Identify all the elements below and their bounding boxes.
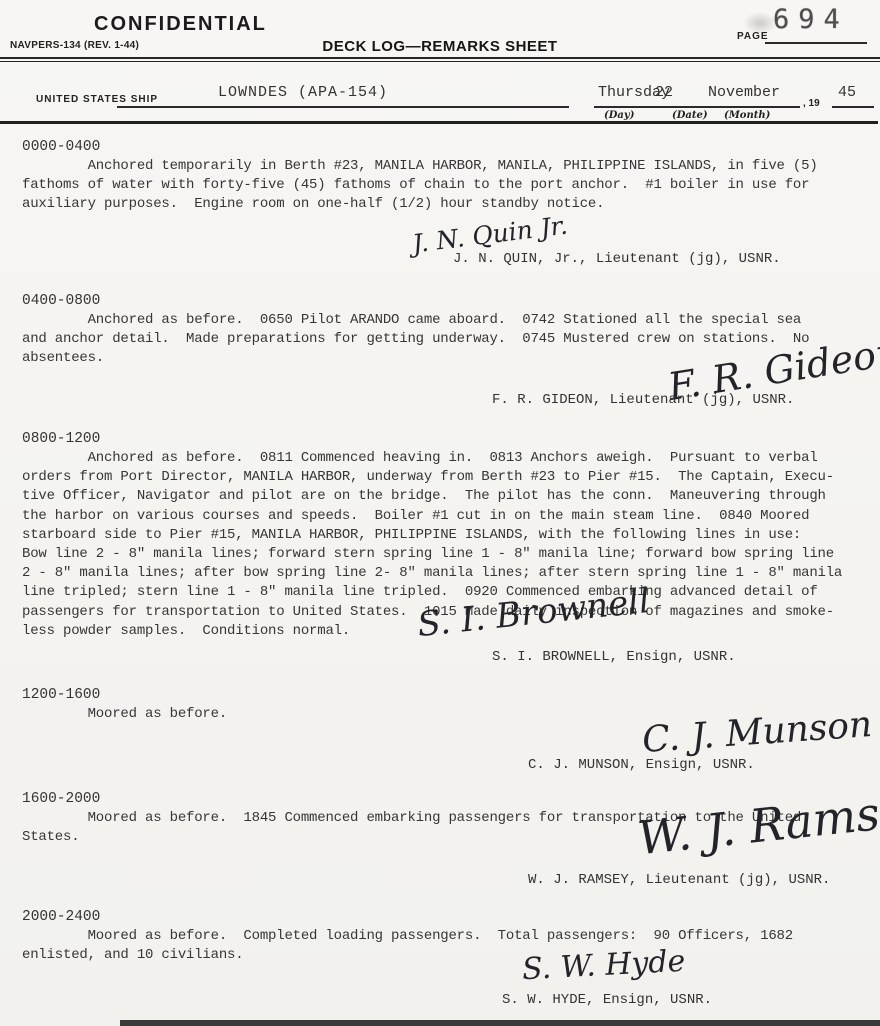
log-entry: 2000-2400 Moored as before. Completed lo… (22, 908, 868, 965)
signature-typed: S. W. HYDE, Ensign, USNR. (502, 992, 712, 1008)
log-entry: 0800-1200 Anchored as before. 0811 Comme… (22, 430, 868, 641)
signature-typed: F. R. GIDEON, Lieutenant (jg), USNR. (492, 392, 794, 408)
watch-period: 2000-2400 (22, 908, 868, 927)
deck-log-page: CONFIDENTIAL 694 PAGE NAVPERS-134 (REV. … (0, 0, 880, 1026)
entry-text: Anchored temporarily in Berth #23, MANIL… (22, 157, 868, 215)
signature-typed: C. J. MUNSON, Ensign, USNR. (528, 757, 755, 773)
watch-period: 0800-1200 (22, 430, 868, 449)
watch-period: 0000-0400 (22, 138, 868, 157)
signature-handwritten: S. W. Hyde (521, 944, 686, 987)
watch-period: 0400-0800 (22, 292, 868, 311)
signature-typed: J. N. QUIN, Jr., Lieutenant (jg), USNR. (453, 251, 781, 267)
watch-period: 1200-1600 (22, 686, 868, 705)
scan-edge-artifact (120, 1020, 880, 1026)
log-entry: 1200-1600 Moored as before. C. J. Munson… (22, 686, 868, 724)
signature-typed: W. J. RAMSEY, Lieutenant (jg), USNR. (528, 872, 830, 888)
log-entries: 0000-0400 Anchored temporarily in Berth … (0, 0, 880, 1026)
log-entry: 0000-0400 Anchored temporarily in Berth … (22, 138, 868, 215)
signature-typed: S. I. BROWNELL, Ensign, USNR. (492, 649, 736, 665)
entry-text: Moored as before. Completed loading pass… (22, 927, 868, 965)
log-entry: 1600-2000 Moored as before. 1845 Commenc… (22, 790, 868, 847)
log-entry: 0400-0800 Anchored as before. 0650 Pilot… (22, 292, 868, 369)
